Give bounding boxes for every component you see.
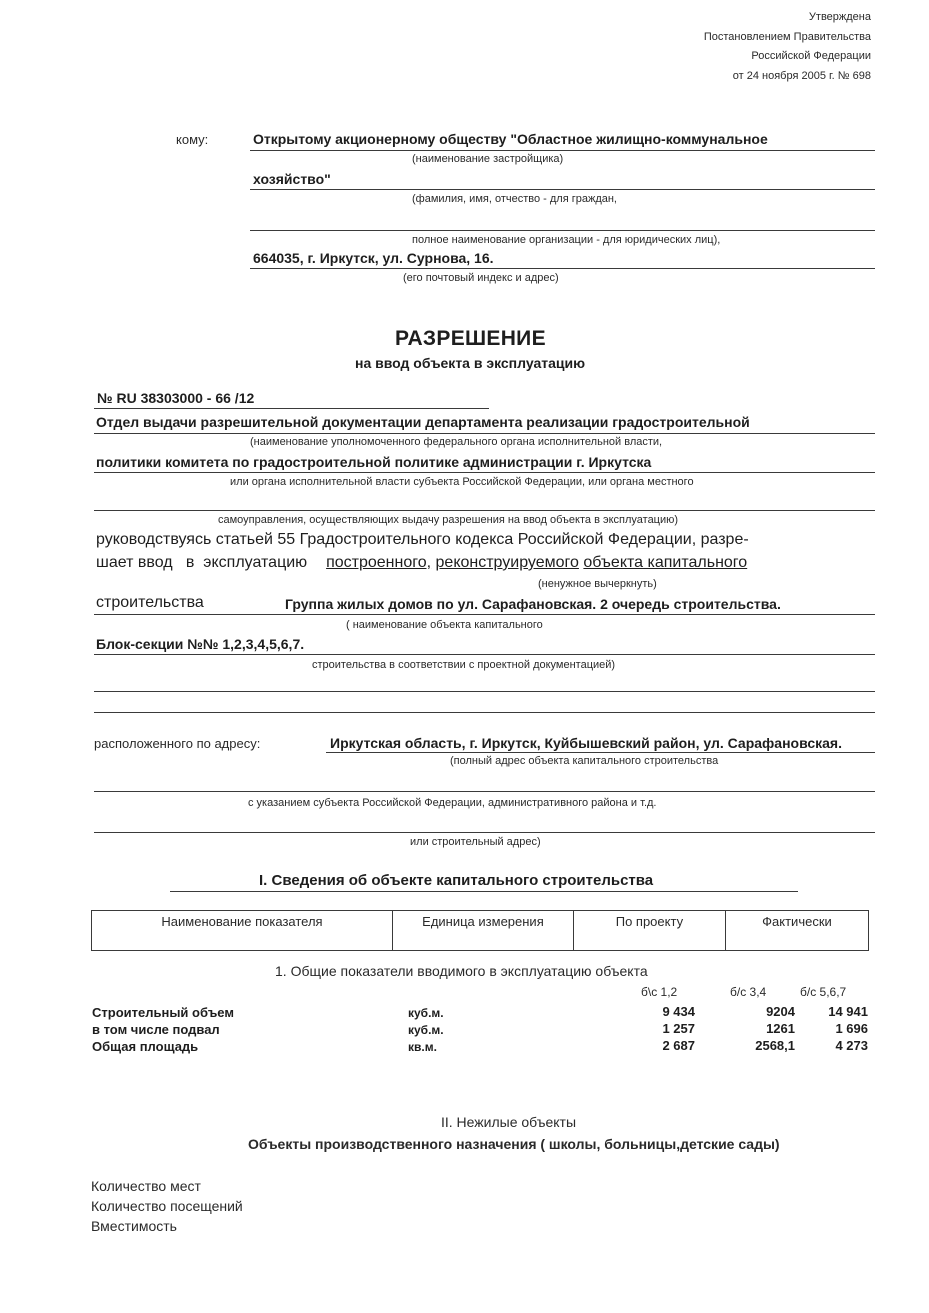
recipient-label: кому: bbox=[176, 132, 208, 147]
approval-line-4: от 24 ноября 2005 г. № 698 bbox=[704, 67, 871, 87]
underline bbox=[94, 472, 875, 473]
underline bbox=[250, 189, 875, 190]
location-label: расположенного по адресу: bbox=[94, 736, 260, 751]
recipient-address: 664035, г. Иркутск, ул. Сурнова, 16. bbox=[253, 250, 494, 266]
row-value: 14 941 bbox=[828, 1004, 868, 1019]
document-subtitle: на ввод объекта в эксплуатацию bbox=[355, 355, 585, 371]
header-unit: Единица измерения bbox=[393, 911, 574, 951]
authorization-text-line-3: строительства bbox=[96, 594, 204, 612]
row-unit: куб.м. bbox=[408, 1006, 444, 1020]
underline bbox=[94, 691, 875, 692]
hint-regional-authority: или органа исполнительной власти субъект… bbox=[230, 476, 694, 488]
option-reconstructed: реконструируемого bbox=[436, 554, 579, 571]
permit-number: № RU 38303000 - 66 /12 bbox=[97, 390, 254, 406]
approval-block: Утверждена Постановлением Правительства … bbox=[704, 8, 871, 86]
hint-postal-address: (его почтовый индекс и адрес) bbox=[403, 272, 559, 284]
row-unit: кв.м. bbox=[408, 1040, 437, 1054]
document-title: РАЗРЕШЕНИЕ bbox=[395, 327, 546, 351]
row-value: 4 273 bbox=[835, 1038, 868, 1053]
row-name: в том числе подвал bbox=[92, 1022, 220, 1037]
underline bbox=[94, 832, 875, 833]
row-value: 9204 bbox=[766, 1004, 795, 1019]
underline bbox=[250, 268, 875, 269]
row-value: 1 257 bbox=[662, 1021, 695, 1036]
hint-federal-authority: (наименование уполномоченного федерально… bbox=[250, 436, 662, 448]
underline bbox=[170, 891, 798, 892]
header-indicator-name: Наименование показателя bbox=[92, 911, 393, 951]
option-built: построенного, bbox=[326, 554, 431, 571]
underline bbox=[250, 150, 875, 151]
item-capacity: Вместимость bbox=[91, 1216, 243, 1236]
section-2-title: II. Нежилые объекты bbox=[441, 1114, 576, 1130]
row-value: 2568,1 bbox=[755, 1038, 795, 1053]
row-value: 1 696 bbox=[835, 1021, 868, 1036]
recipient-name-line-2: хозяйство" bbox=[253, 171, 331, 187]
hint-local-authority: самоуправления, осуществляющих выдачу ра… bbox=[218, 514, 678, 526]
subsection-title: 1. Общие показатели вводимого в эксплуат… bbox=[275, 963, 648, 979]
object-sections: Блок-секции №№ 1,2,3,4,5,6,7. bbox=[96, 636, 304, 652]
approval-line-1: Утверждена bbox=[704, 8, 871, 28]
underline bbox=[94, 654, 875, 655]
item-seats: Количество мест bbox=[91, 1176, 243, 1196]
authority-line-1: Отдел выдачи разрешительной документации… bbox=[96, 414, 750, 430]
hint-org-name: полное наименование организации - для юр… bbox=[412, 234, 720, 246]
underline bbox=[94, 614, 875, 615]
row-value: 2 687 bbox=[662, 1038, 695, 1053]
underline bbox=[94, 712, 875, 713]
hint-full-address: (полный адрес объекта капитального строи… bbox=[450, 755, 718, 767]
hint-project-docs: строительства в соответствии с проектной… bbox=[312, 659, 615, 671]
authorization-prefix: шает ввод в эксплуатацию bbox=[96, 554, 307, 571]
underline bbox=[94, 510, 875, 511]
header-by-project: По проекту bbox=[573, 911, 725, 951]
section-2-items: Количество мест Количество посещений Вме… bbox=[91, 1176, 243, 1236]
row-unit: куб.м. bbox=[408, 1023, 444, 1037]
row-value: 9 434 bbox=[662, 1004, 695, 1019]
approval-line-2: Постановлением Правительства bbox=[704, 28, 871, 48]
indicator-table-header: Наименование показателя Единица измерени… bbox=[91, 910, 869, 951]
hint-region: с указанием субъекта Российской Федераци… bbox=[248, 797, 656, 809]
row-name: Общая площадь bbox=[92, 1039, 198, 1054]
block-column-3: б/с 5,6,7 bbox=[800, 985, 846, 999]
hint-object-name: ( наименование объекта капитального bbox=[346, 619, 543, 631]
block-column-1: б\с 1,2 bbox=[641, 985, 677, 999]
section-1-title: I. Сведения об объекте капитального стро… bbox=[259, 872, 653, 889]
underline bbox=[94, 433, 875, 434]
location-address: Иркутская область, г. Иркутск, Куйбышевс… bbox=[330, 735, 842, 751]
hint-developer-name: (наименование застройщика) bbox=[412, 153, 563, 165]
block-column-2: б/с 3,4 bbox=[730, 985, 766, 999]
authorization-text-line-2: шает ввод в эксплуатацию построенного, р… bbox=[96, 554, 747, 572]
underline bbox=[250, 230, 875, 231]
header-actual: Фактически bbox=[725, 911, 868, 951]
item-visits: Количество посещений bbox=[91, 1196, 243, 1216]
row-value: 1261 bbox=[766, 1021, 795, 1036]
underline bbox=[94, 791, 875, 792]
hint-building-address: или строительный адрес) bbox=[410, 836, 541, 848]
authorization-suffix: объекта капитального bbox=[583, 554, 747, 571]
authority-line-2: политики комитета по градостроительной п… bbox=[96, 454, 651, 470]
hint-strike-out: (ненужное вычеркнуть) bbox=[538, 578, 657, 590]
hint-citizen-name: (фамилия, имя, отчество - для граждан, bbox=[412, 193, 617, 205]
row-name: Строительный объем bbox=[92, 1005, 234, 1020]
recipient-name-line-1: Открытому акционерному обществу "Областн… bbox=[253, 131, 768, 147]
approval-line-3: Российской Федерации bbox=[704, 47, 871, 67]
underline bbox=[94, 408, 489, 409]
underline bbox=[326, 752, 875, 753]
object-name: Группа жилых домов по ул. Сарафановская.… bbox=[285, 596, 781, 612]
section-2-subtitle: Объекты производственного назначения ( ш… bbox=[248, 1136, 780, 1152]
authorization-text-line-1: руководствуясь статьей 55 Градостроитель… bbox=[96, 531, 749, 549]
